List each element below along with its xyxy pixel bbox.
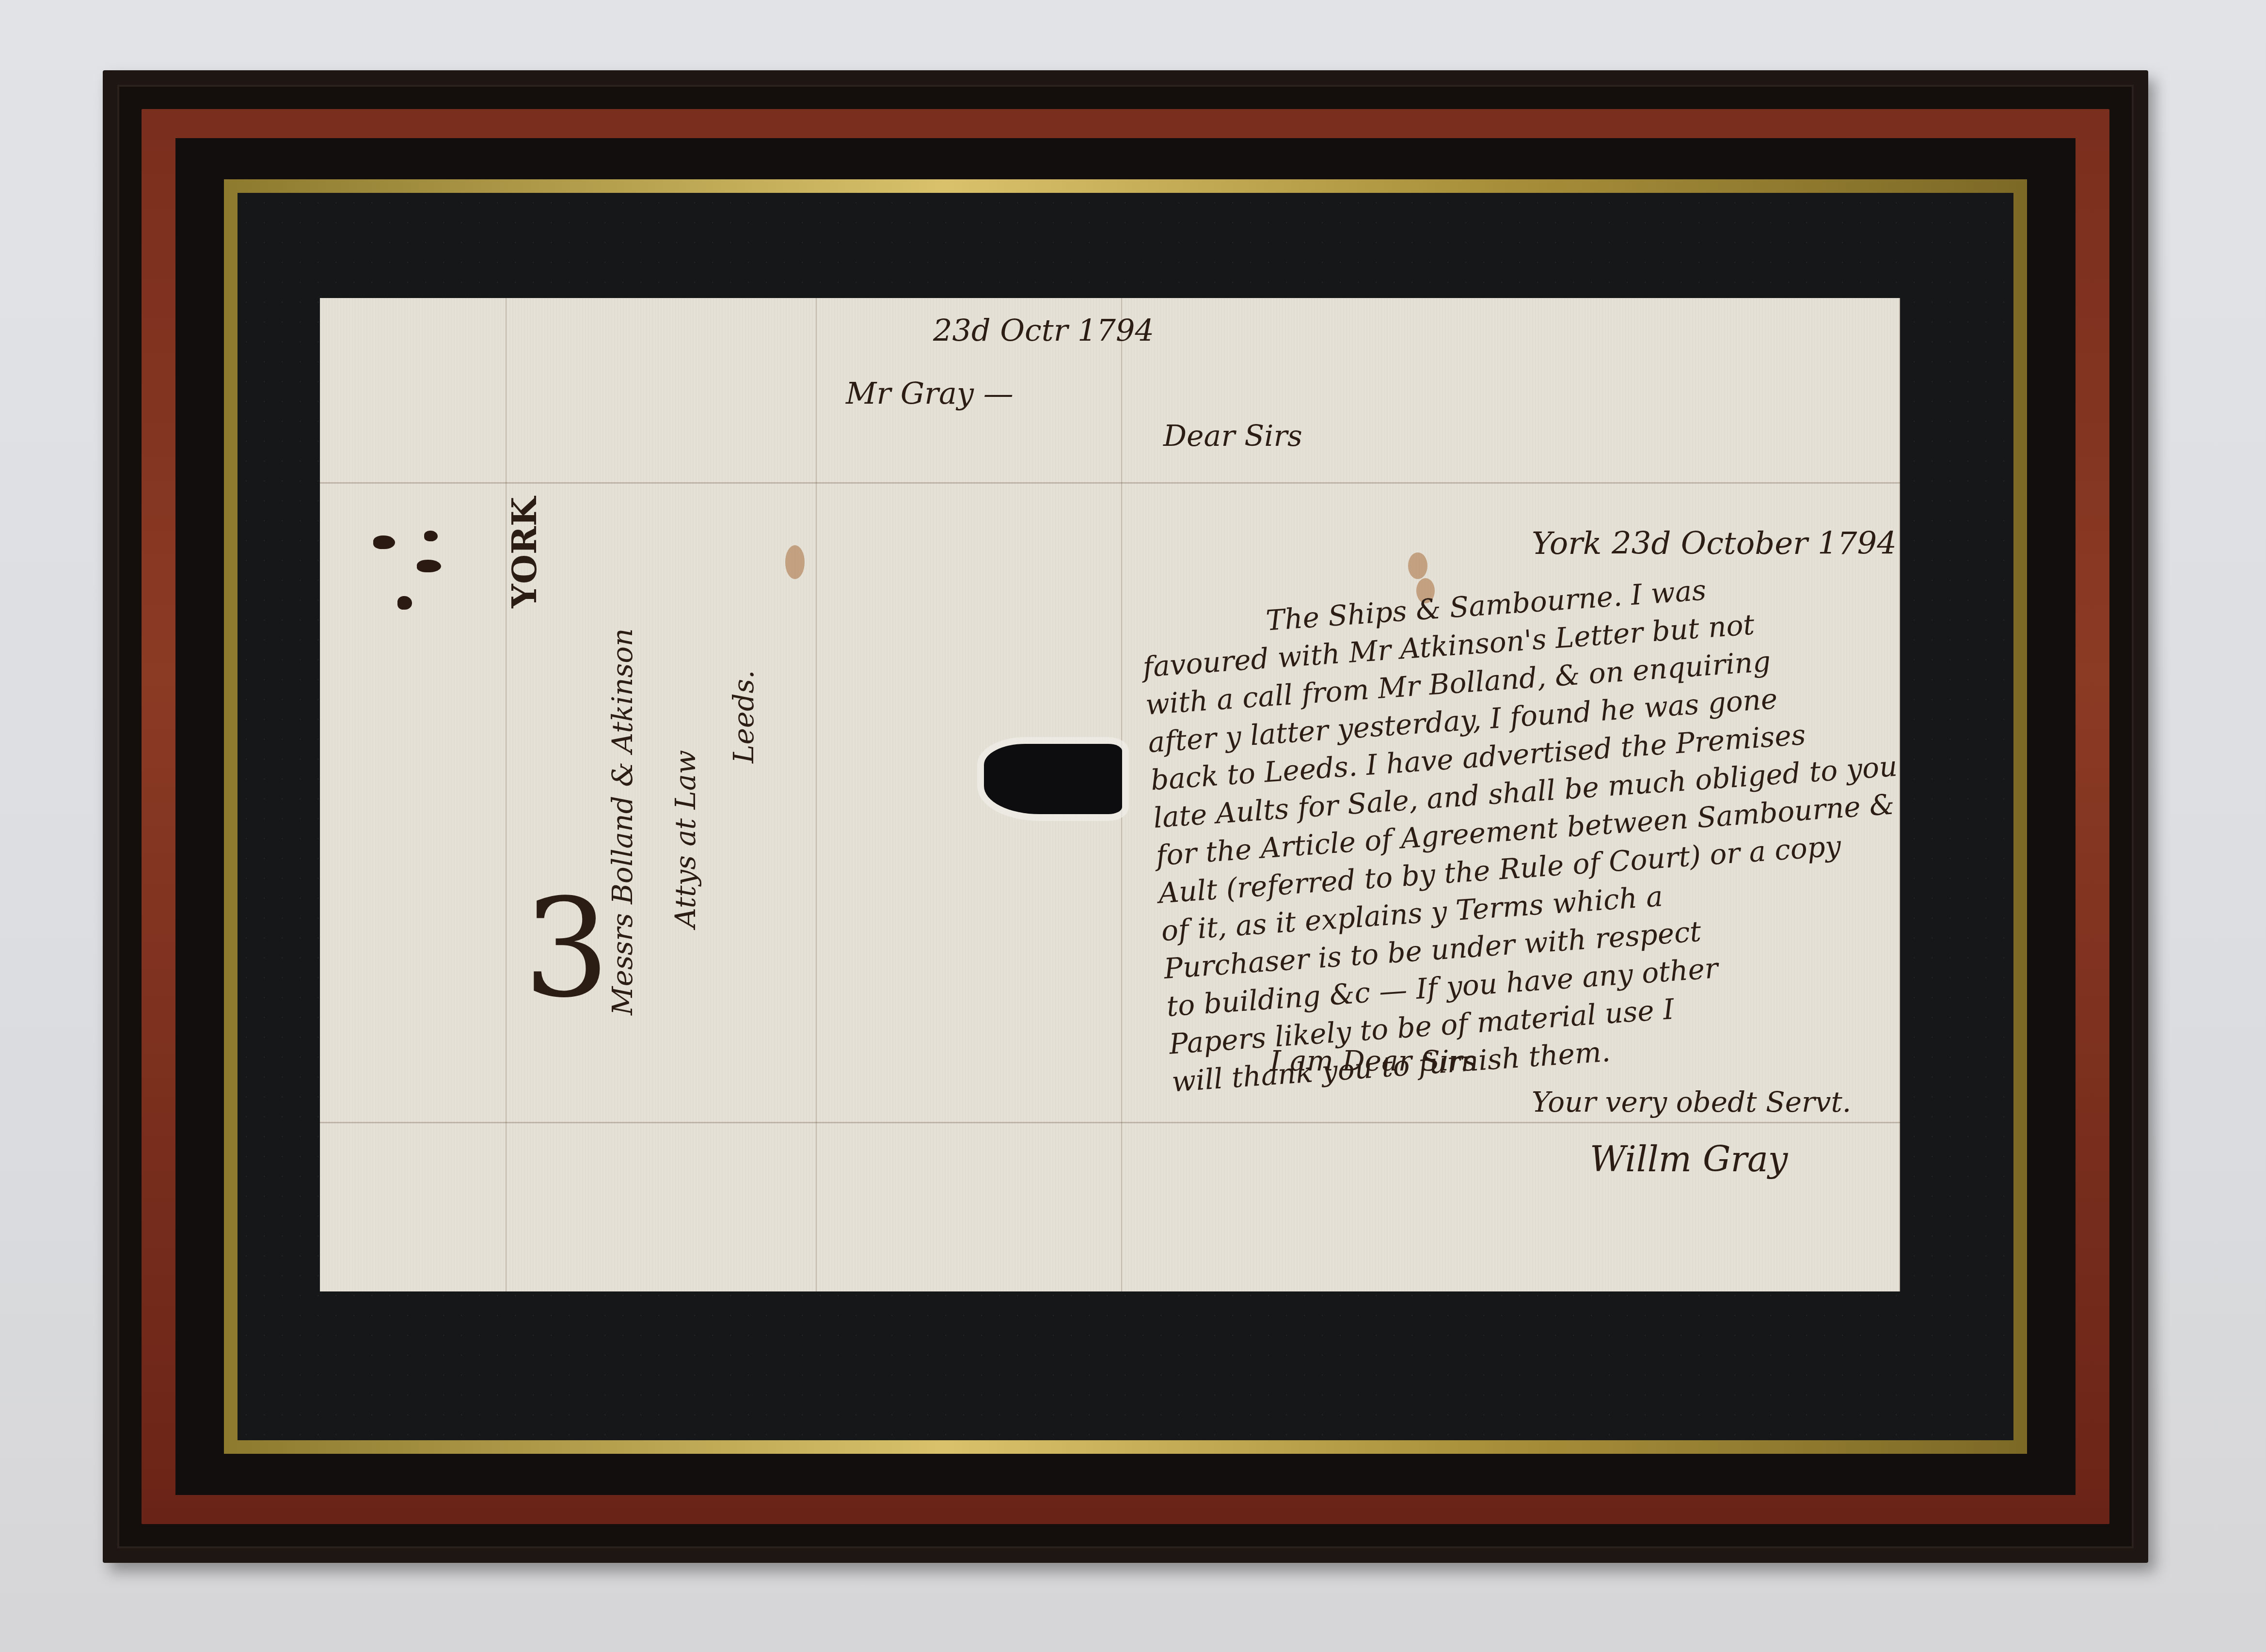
ink-blot xyxy=(417,560,441,572)
fold-line xyxy=(320,482,1900,484)
docket-name: Mr Gray — xyxy=(846,376,1014,411)
postmark-york: YORK xyxy=(504,497,544,608)
ink-blot xyxy=(373,535,395,549)
ink-blot xyxy=(424,531,438,541)
letter-panel-left xyxy=(320,298,507,1291)
salutation: Dear Sirs xyxy=(1163,419,1302,453)
address-line-1: Messrs Bolland & Atkinson xyxy=(606,628,639,1015)
valediction: Your very obedt Servt. xyxy=(1532,1086,1851,1118)
postage-rate-mark: 3 xyxy=(523,870,610,1028)
signature: Willm Gray xyxy=(1590,1139,1788,1180)
address-line-2: Attys at Law xyxy=(669,750,702,928)
address-line-3: Leeds. xyxy=(727,670,760,764)
docket-date: 23d Octr 1794 xyxy=(933,313,1154,348)
fold-line xyxy=(320,1122,1900,1123)
letter-sheet: YORK Messrs Bolland & Atkinson Attys at … xyxy=(320,298,1900,1291)
closing: I am Dear Sirs xyxy=(1270,1044,1477,1077)
foxing-stain xyxy=(1408,552,1427,579)
foxing-stain xyxy=(785,545,805,579)
wax-seal-tear xyxy=(984,744,1122,814)
ink-blot xyxy=(397,596,412,610)
dateline: York 23d October 1794 xyxy=(1532,526,1897,562)
letter-panel-address xyxy=(507,298,817,1291)
